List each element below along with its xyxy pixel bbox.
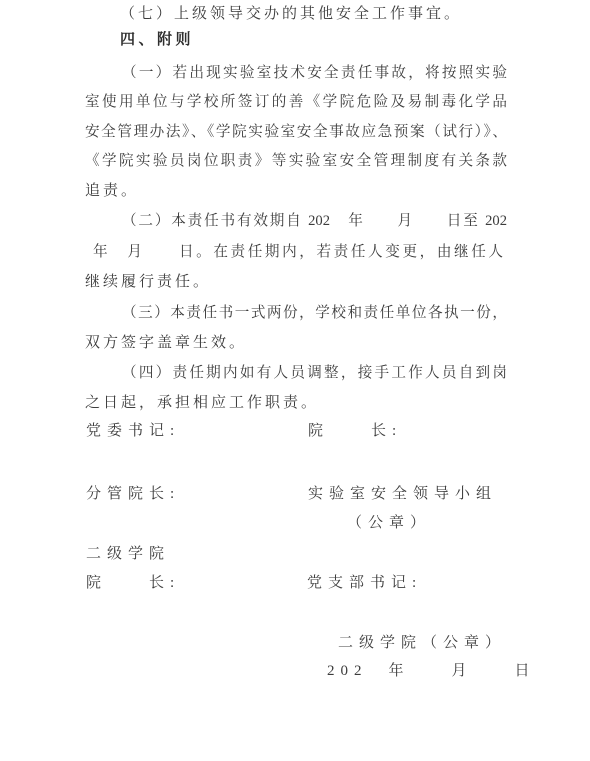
section-four-heading: 四、附则 [120, 31, 194, 50]
clause-two-line-2: 年 月 日。在责任期内，若责任人变更，由继任人 [93, 243, 503, 262]
clause-one-line-1: （一）若出现实验室技术安全责任事故，将按照实验 [122, 64, 507, 83]
clause-four-line-1: （四）责任期内如有人员调整，接手工作人员自到岗 [122, 364, 507, 383]
clause-four-line-2: 之日起，承担相应工作职责。 [85, 394, 319, 413]
clause-one-line-2: 室使用单位与学校所签订的善《学院危险及易制毒化学品 [85, 93, 507, 112]
vice-dean-label: 分管院长: [86, 485, 180, 504]
clause-two-line-3: 继续履行责任。 [85, 273, 211, 292]
secondary-college-seal-label: 二级学院（公章） [338, 634, 506, 653]
clause-one-line-5: 追责。 [85, 182, 139, 201]
clause-one-line-3: 安全管理办法》、《学院实验室安全事故应急预案（试行）》、 [85, 123, 507, 142]
clause-three-line-1: （三）本责任书一式两份，学校和责任单位各执一份， [122, 304, 507, 323]
clause-two-line-1: （二）本责任书有效期自 202 年 月 日至 202 [122, 212, 507, 231]
date-line: 202 年 月 日 [327, 662, 536, 681]
official-seal-label: （公章） [347, 514, 431, 533]
clause-three-line-2: 双方签字盖章生效。 [85, 334, 247, 353]
clause-one-line-4: 《学院实验员岗位职责》等实验室安全管理制度有关条款 [85, 152, 507, 171]
document-page: （七）上级领导交办的其他安全工作事宜。 四、附则 （一）若出现实验室技术安全责任… [0, 0, 590, 761]
dean-label: 院 长: [308, 422, 402, 441]
clause-seven-text: （七）上级领导交办的其他安全工作事宜。 [120, 5, 462, 24]
dean-label-2: 院 长: [86, 574, 180, 593]
party-secretary-label: 党委书记: [86, 422, 180, 441]
branch-secretary-label: 党支部书记: [307, 574, 422, 593]
lab-safety-group-label: 实验室安全领导小组 [308, 485, 497, 504]
secondary-college-label: 二级学院 [86, 545, 170, 564]
